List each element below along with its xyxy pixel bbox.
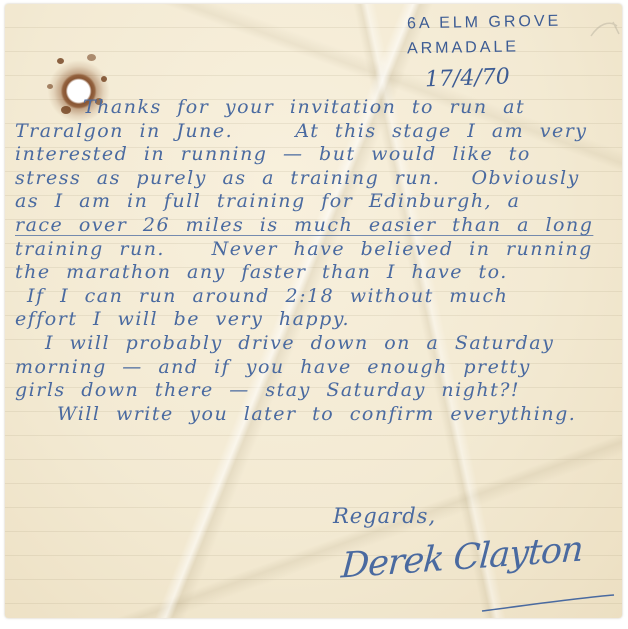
- letter-line: as I am in full training for Edinburgh, …: [15, 190, 619, 214]
- signature-flourish: [480, 592, 618, 614]
- rust-speck: [87, 54, 96, 61]
- letter-paper: 6A ELM GROVE ARMADALE 17/4/70 Thanks for…: [5, 4, 622, 618]
- letter-line: I will probably drive down on a Saturday: [15, 332, 619, 356]
- signature: Derek Clayton: [340, 529, 584, 586]
- rust-speck: [57, 58, 64, 64]
- letter-line: morning — and if you have enough pretty: [15, 356, 619, 380]
- letter-line: effort I will be very happy.: [15, 308, 619, 332]
- address-line-2: ARMADALE: [407, 38, 562, 59]
- letter-line: girls down there — stay Saturday night?!: [15, 379, 619, 403]
- letter-header: 6A ELM GROVE ARMADALE 17/4/70: [407, 14, 561, 90]
- rust-speck: [47, 84, 53, 89]
- letter-date: 17/4/70: [425, 63, 562, 93]
- letter-line: the marathon any faster than I have to.: [15, 261, 619, 285]
- letter-line: Will write you later to confirm everythi…: [15, 403, 619, 427]
- letter-line: interested in running — but would like t…: [15, 143, 619, 167]
- rust-speck: [101, 76, 107, 82]
- letter-line: Thanks for your invitation to run at: [15, 96, 619, 120]
- crease-mark: [587, 14, 623, 48]
- letter-body: Thanks for your invitation to run at Tra…: [15, 96, 619, 426]
- letter-line: stress as purely as a training run. Obvi…: [15, 167, 619, 191]
- letter-line: If I can run around 2:18 without much: [15, 285, 619, 309]
- letter-closing: Regards,: [333, 504, 436, 528]
- letter-line-underlined: race over 26 miles is much easier than a…: [15, 214, 619, 238]
- letter-line: Traralgon in June. At this stage I am ve…: [15, 120, 619, 144]
- address-line-1: 6A ELM GROVE: [407, 13, 562, 34]
- letter-line: training run. Never have believed in run…: [15, 238, 619, 262]
